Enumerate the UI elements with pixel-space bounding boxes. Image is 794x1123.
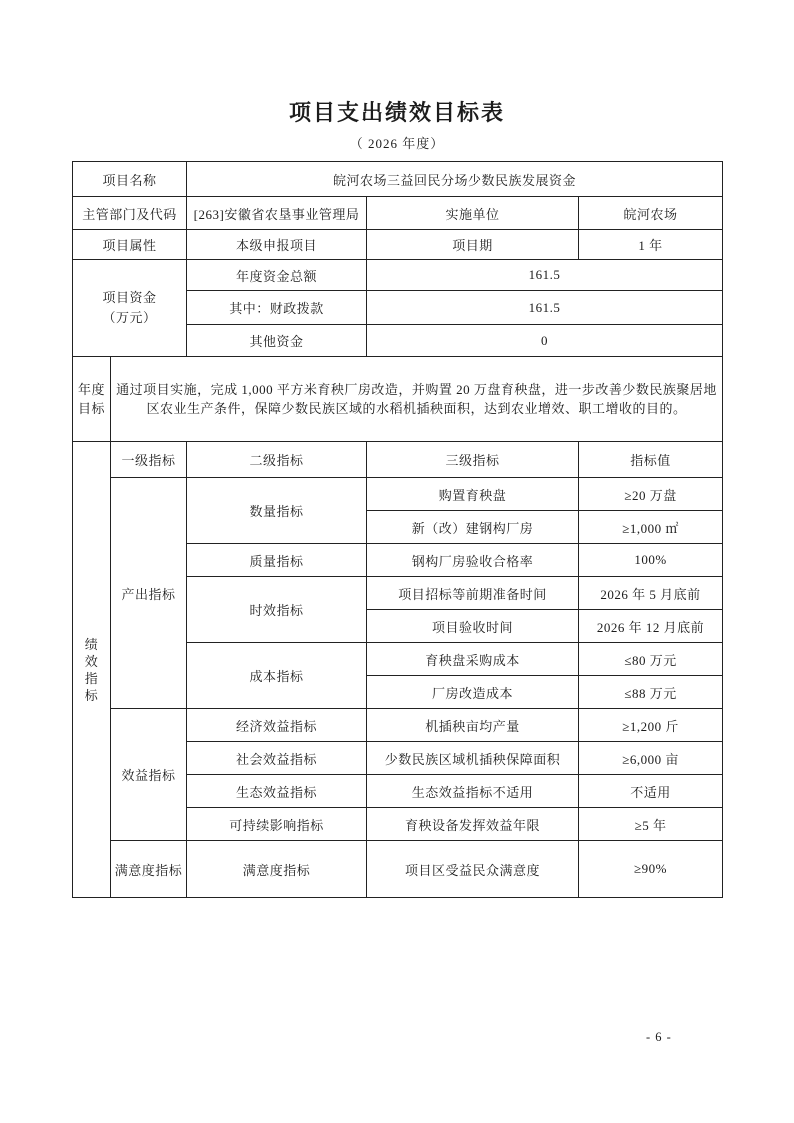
perf-value-cell: ≤80 万元 [579, 643, 723, 676]
perf-l2-cell: 经济效益指标 [187, 709, 367, 742]
perf-l2-cell: 可持续影响指标 [187, 808, 367, 841]
performance-target-table: 项目名称 皖河农场三益回民分场少数民族发展资金 主管部门及代码 [263]安徽省… [72, 161, 723, 898]
perf-l3-cell: 钢构厂房验收合格率 [367, 544, 579, 577]
perf-header-level3: 三级指标 [367, 442, 579, 478]
perf-l2-cell: 社会效益指标 [187, 742, 367, 775]
project-attr-label: 项目属性 [73, 230, 187, 260]
perf-value-cell: 100% [579, 544, 723, 577]
funds-label: 项目资金（万元） [73, 260, 187, 357]
perf-l2-cell: 满意度指标 [187, 841, 367, 898]
perf-l1-cell: 满意度指标 [111, 841, 187, 898]
perf-l2-cell: 质量指标 [187, 544, 367, 577]
annual-goal-label-text: 年度目标 [77, 380, 106, 418]
perf-value-cell: ≥1,000 ㎡ [579, 511, 723, 544]
project-attr-value: 本级申报项目 [187, 230, 367, 260]
perf-l1-cell: 产出指标 [111, 478, 187, 709]
perf-value-cell: ≥6,000 亩 [579, 742, 723, 775]
perf-value-cell: 2026 年 12 月底前 [579, 610, 723, 643]
perf-l3-cell: 育秧盘采购成本 [367, 643, 579, 676]
perf-value-cell: 不适用 [579, 775, 723, 808]
annual-goal-text: 通过项目实施，完成 1,000 平方米育秧厂房改造，并购置 20 万盘育秧盘，进… [111, 357, 723, 442]
perf-side-label: 绩效指标 [73, 442, 111, 898]
project-name-value: 皖河农场三益回民分场少数民族发展资金 [187, 162, 723, 197]
perf-l2-cell: 生态效益指标 [187, 775, 367, 808]
perf-l3-cell: 育秧设备发挥效益年限 [367, 808, 579, 841]
perf-l3-cell: 厂房改造成本 [367, 676, 579, 709]
perf-value-cell: ≥20 万盘 [579, 478, 723, 511]
page-number: - 6 - [646, 1030, 672, 1045]
perf-l3-cell: 项目验收时间 [367, 610, 579, 643]
page-title: 项目支出绩效目标表 [0, 0, 794, 129]
perf-side-label-text: 绩效指标 [84, 636, 98, 704]
perf-value-cell: ≥1,200 斤 [579, 709, 723, 742]
perf-l3-cell: 生态效益指标不适用 [367, 775, 579, 808]
page-subtitle: （ 2026 年度） [0, 136, 794, 152]
perf-l3-cell: 购置育秧盘 [367, 478, 579, 511]
perf-value-cell: ≤88 万元 [579, 676, 723, 709]
funds-other-value: 0 [367, 325, 723, 357]
perf-l1-cell: 效益指标 [111, 709, 187, 841]
funds-label-text: 项目资金（万元） [102, 288, 158, 328]
perf-header-value: 指标值 [579, 442, 723, 478]
perf-value-cell: ≥90% [579, 841, 723, 898]
funds-total-value: 161.5 [367, 260, 723, 291]
perf-l3-cell: 机插秧亩均产量 [367, 709, 579, 742]
perf-l3-cell: 新（改）建钢构厂房 [367, 511, 579, 544]
funds-other-label: 其他资金 [187, 325, 367, 357]
dept-code-value: [263]安徽省农垦事业管理局 [187, 197, 367, 230]
perf-value-cell: ≥5 年 [579, 808, 723, 841]
perf-l3-cell: 项目区受益民众满意度 [367, 841, 579, 898]
perf-header-level1: 一级指标 [111, 442, 187, 478]
perf-l2-cell: 数量指标 [187, 478, 367, 544]
impl-unit-value: 皖河农场 [579, 197, 723, 230]
funds-total-label: 年度资金总额 [187, 260, 367, 291]
perf-value-cell: 2026 年 5 月底前 [579, 577, 723, 610]
project-period-value: 1 年 [579, 230, 723, 260]
impl-unit-label: 实施单位 [367, 197, 579, 230]
perf-l3-cell: 项目招标等前期准备时间 [367, 577, 579, 610]
dept-code-label: 主管部门及代码 [73, 197, 187, 230]
funds-fiscal-value: 161.5 [367, 291, 723, 325]
project-period-label: 项目期 [367, 230, 579, 260]
perf-header-level2: 二级指标 [187, 442, 367, 478]
perf-l3-cell: 少数民族区域机插秧保障面积 [367, 742, 579, 775]
project-name-label: 项目名称 [73, 162, 187, 197]
annual-goal-label: 年度目标 [73, 357, 111, 442]
funds-fiscal-label: 其中：财政拨款 [187, 291, 367, 325]
perf-l2-cell: 成本指标 [187, 643, 367, 709]
document-page: 项目支出绩效目标表 （ 2026 年度） 项目名称 皖河农场三益回民分场少数民族… [0, 0, 794, 1123]
perf-l2-cell: 时效指标 [187, 577, 367, 643]
